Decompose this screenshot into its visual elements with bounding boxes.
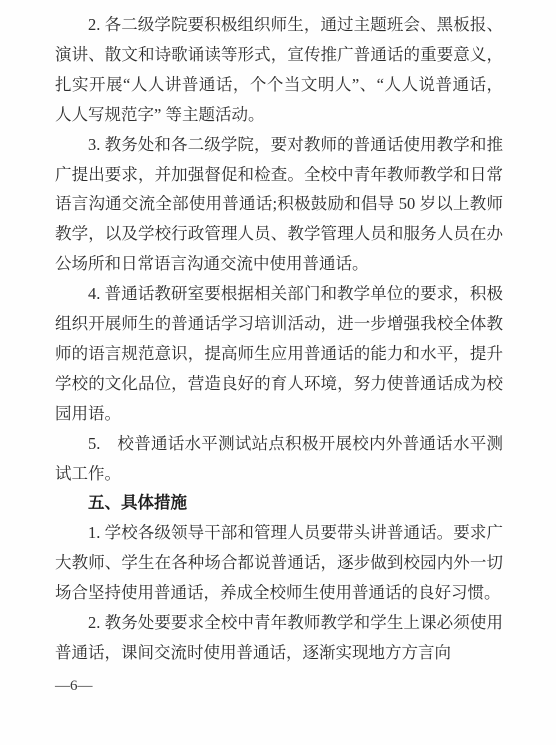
paragraph-leaders-lead-by-example: 1. 学校各级领导干部和管理人员要带头讲普通话。要求广大教师、学生在各种场合都说… bbox=[55, 518, 503, 608]
document-body: 2. 各二级学院要积极组织师生，通过主题班会、黑板报、演讲、散文和诗歌诵读等形式… bbox=[0, 0, 556, 697]
paragraph-organize-students: 2. 各二级学院要积极组织师生，通过主题班会、黑板报、演讲、散文和诗歌诵读等形式… bbox=[55, 10, 503, 130]
document-page: 2. 各二级学院要积极组织师生，通过主题班会、黑板报、演讲、散文和诗歌诵读等形式… bbox=[0, 0, 556, 745]
paragraph-putonghua-research-office: 4. 普通话教研室要根据相关部门和教学单位的要求，积极组织开展师生的普通话学习培… bbox=[55, 279, 503, 429]
paragraph-testing-station: 5. 校普通话水平测试站点积极开展校内外普通话水平测试工作。 bbox=[55, 429, 503, 489]
page-number: —6— bbox=[55, 675, 503, 697]
paragraph-classroom-requirement: 2. 教务处要要求全校中青年教师教学和学生上课必须使用普通话，课间交流时使用普通… bbox=[55, 608, 503, 668]
paragraph-teaching-office-requirements: 3. 教务处和各二级学院，要对教师的普通话使用教学和推广提出要求，并加强督促和检… bbox=[55, 130, 503, 280]
section-heading-specific-measures: 五、具体措施 bbox=[55, 489, 503, 519]
